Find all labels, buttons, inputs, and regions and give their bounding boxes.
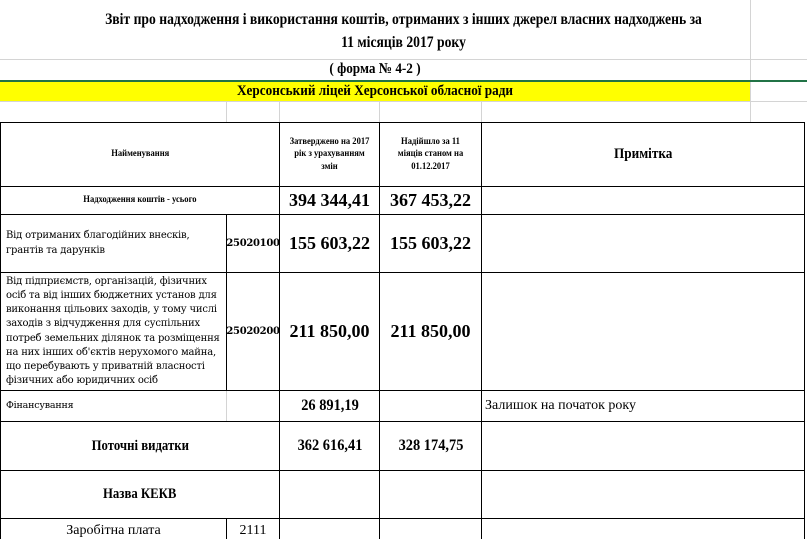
row-note: Залишок на початок року	[485, 398, 636, 414]
organization-name: Херсонський ліцей Херсонської обласної р…	[45, 82, 705, 101]
header-received-cell[interactable]: Надійшло за 11 міяців станом на 01.12.20…	[379, 122, 482, 187]
row-name: Від підприємств, організацій, фізичних о…	[4, 275, 226, 389]
header-approved: Затверджено на 2017 рік з урахуванням зм…	[285, 136, 374, 174]
table-row-kekv-received[interactable]	[379, 470, 482, 519]
table-row-charity-name[interactable]: Від отриманих благодійних внесків, грант…	[0, 214, 227, 273]
table-row-salary-code[interactable]: 2111	[226, 518, 280, 539]
table-row-expenses-received[interactable]: 328 174,75	[379, 421, 482, 471]
table-row-charity-received[interactable]: 155 603,22	[379, 214, 482, 273]
row-approved: 211 850,00	[289, 321, 369, 342]
table-row-financing-note[interactable]: Залишок на початок року	[481, 390, 805, 422]
table-row-enterprises-code[interactable]: 25020200	[226, 272, 280, 391]
table-row-financing-received[interactable]	[379, 390, 482, 422]
table-row-financing-approved[interactable]: 26 891,19	[279, 390, 380, 422]
row-approved: 26 891,19	[301, 397, 359, 415]
row-code: 2111	[240, 523, 267, 539]
header-name: Найменування	[111, 148, 169, 161]
table-row-enterprises-name[interactable]: Від підприємств, організацій, фізичних о…	[0, 272, 227, 391]
row-name: Заробітна плата	[66, 523, 160, 539]
gridline	[481, 101, 482, 122]
table-row-charity-note[interactable]	[481, 214, 805, 273]
table-row-expenses-name[interactable]: Поточні видатки	[0, 421, 280, 471]
row-name: Фінансування	[4, 399, 73, 413]
table-row-total-received[interactable]: 367 453,22	[379, 186, 482, 215]
report-title-line2: 11 місяців 2017 року	[48, 31, 758, 54]
row-approved: 362 616,41	[297, 437, 362, 455]
table-row-enterprises-note[interactable]	[481, 272, 805, 391]
table-row-expenses-approved[interactable]: 362 616,41	[279, 421, 380, 471]
table-row-kekv-name[interactable]: Назва КЕКВ	[0, 470, 280, 519]
header-approved-cell[interactable]: Затверджено на 2017 рік з урахуванням зм…	[279, 122, 380, 187]
gridline	[226, 101, 227, 122]
gridline	[379, 101, 380, 122]
table-row-salary-name[interactable]: Заробітна плата	[0, 518, 227, 539]
table-row-enterprises-received[interactable]: 211 850,00	[379, 272, 482, 391]
row-received: 328 174,75	[398, 437, 463, 455]
table-row-total-approved[interactable]: 394 344,41	[279, 186, 380, 215]
row-approved: 155 603,22	[289, 233, 370, 254]
form-number: ( форма № 4-2 )	[45, 61, 705, 78]
table-row-kekv-note[interactable]	[481, 470, 805, 519]
table-row-kekv-approved[interactable]	[279, 470, 380, 519]
table-row-expenses-note[interactable]	[481, 421, 805, 471]
header-received: Надійшло за 11 міяців станом на 01.12.20…	[385, 136, 476, 174]
header-name-cell[interactable]: Найменування	[0, 122, 280, 187]
row-name: Від отриманих благодійних внесків, грант…	[4, 229, 226, 257]
gridline	[279, 101, 280, 122]
table-row-salary-received[interactable]	[379, 518, 482, 539]
report-title: Звіт про надходження і використання кошт…	[48, 8, 758, 54]
gridline	[226, 391, 227, 421]
table-row-enterprises-approved[interactable]: 211 850,00	[279, 272, 380, 391]
table-row-total-note[interactable]	[481, 186, 805, 215]
row-received: 155 603,22	[390, 233, 471, 254]
row-name: Назва КЕКВ	[103, 486, 176, 503]
report-title-line1: Звіт про надходження і використання кошт…	[48, 8, 758, 31]
row-approved: 394 344,41	[289, 190, 370, 211]
header-note-cell[interactable]: Примітка	[481, 122, 805, 187]
table-row-charity-code[interactable]: 25020100	[226, 214, 280, 273]
row-code: 25020100	[226, 238, 279, 249]
table-row-total-name[interactable]: Надходження коштів - усього	[0, 186, 280, 215]
row-received: 367 453,22	[390, 190, 471, 211]
table-row-charity-approved[interactable]: 155 603,22	[279, 214, 380, 273]
table-row-salary-approved[interactable]	[279, 518, 380, 539]
row-received: 211 850,00	[390, 321, 470, 342]
gridline	[0, 101, 807, 102]
row-name: Надходження коштів - усього	[83, 194, 196, 207]
row-code: 25020200	[226, 326, 279, 337]
table-row-salary-note[interactable]	[481, 518, 805, 539]
header-note: Примітка	[614, 146, 672, 163]
row-name: Поточні видатки	[91, 438, 188, 455]
table-row-financing-name[interactable]: Фінансування	[0, 390, 280, 422]
gridline	[0, 59, 807, 60]
